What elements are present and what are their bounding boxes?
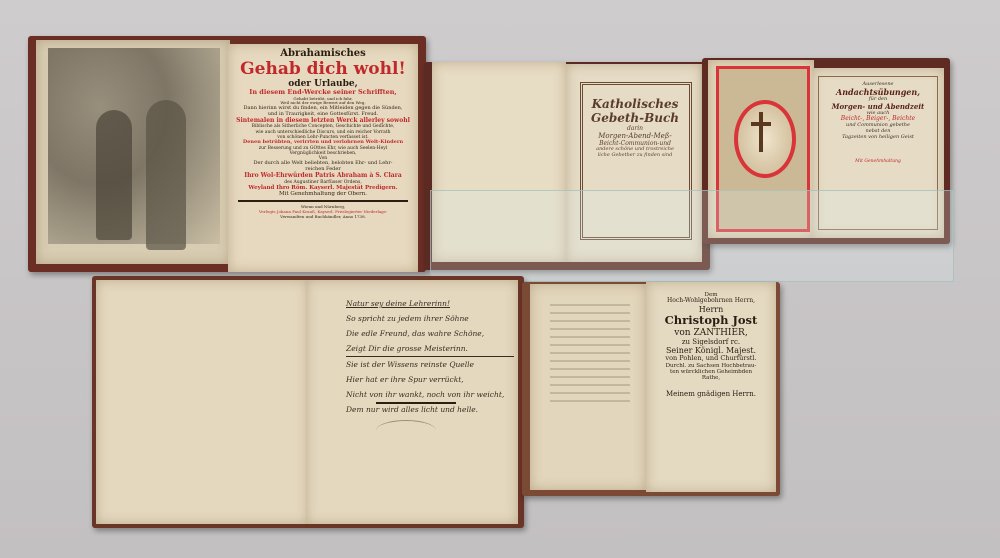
poem-line: So spricht zu jedem ihrer Söhne [346, 311, 514, 326]
poem-line: Hier hat er ihre Spur verrückt, [346, 372, 514, 387]
text-line: Biblische als Sitherliche Concepten, Ges… [228, 124, 418, 129]
text-line-red: Mit Genehmhaltung [820, 159, 936, 164]
main-title: Gehab dich wohl! [228, 60, 418, 80]
text-line: Rathe, [646, 375, 776, 381]
poem-line: Zeigt Dir die grosse Meisterinn. [346, 341, 514, 357]
title-page-abraham: Abrahamisches Gehab dich wohl! oder Urla… [228, 44, 418, 272]
ink-flourish [376, 420, 436, 441]
poem-line: Sie ist der Wissens reinste Quelle [346, 357, 514, 372]
show-through-left-page [530, 284, 646, 490]
poem-line: Dem nur wird alles licht und helle. [346, 402, 514, 417]
text-line: darin [580, 126, 690, 133]
cross-icon [759, 112, 763, 152]
text-line-red: Denen betrübten, verirrten und verlohrne… [228, 140, 418, 146]
title-line: Gebeth-Buch [580, 112, 690, 126]
text-line: zu Sigelsdorf rc. [646, 338, 776, 346]
poem-page: Natur sey deine Lehrerinn! So spricht zu… [306, 280, 518, 524]
dedication-page: Dem Hoch-Wohlgebohrnen Herrn, Herrn Chri… [646, 282, 776, 492]
text-line: Mit Genehmhaltung der Obern. [228, 191, 418, 197]
text-line: von Pohlen, und Churfürstl. [646, 355, 776, 362]
imprint: Verwandten und Buchhändler, Anno 1738. [228, 215, 418, 220]
name-line: Christoph Jost [646, 314, 776, 327]
frontispiece-engraving [36, 40, 230, 264]
title-line: Abrahamisches [228, 48, 418, 60]
rule-divider [238, 200, 408, 202]
name-line: von ZANTHIER, [646, 328, 776, 338]
poem-line: Natur sey deine Lehrerinn! [346, 296, 514, 311]
text-line: Tagzeiten von heiligen Geist [820, 135, 936, 141]
ornament-divider [376, 402, 456, 404]
text-line: Hoch-Wohlgebohrnen Herrn, [646, 298, 776, 305]
poem-line: Nicht von ihr wankt, noch von ihr weicht… [346, 387, 514, 402]
poem-line: Die edle Freund, das wahre Schöne, [346, 326, 514, 341]
text-line: Meinem gnädigen Herrn. [646, 390, 776, 398]
text-line: liche Gebether zu finden sind [580, 153, 690, 159]
glass-display-plate [430, 190, 954, 282]
blank-left-page [96, 280, 308, 524]
author-line: Ihro Wol-Ehrwürden Patris Abraham à S. C… [228, 173, 418, 180]
title-line: Katholisches [580, 98, 690, 112]
